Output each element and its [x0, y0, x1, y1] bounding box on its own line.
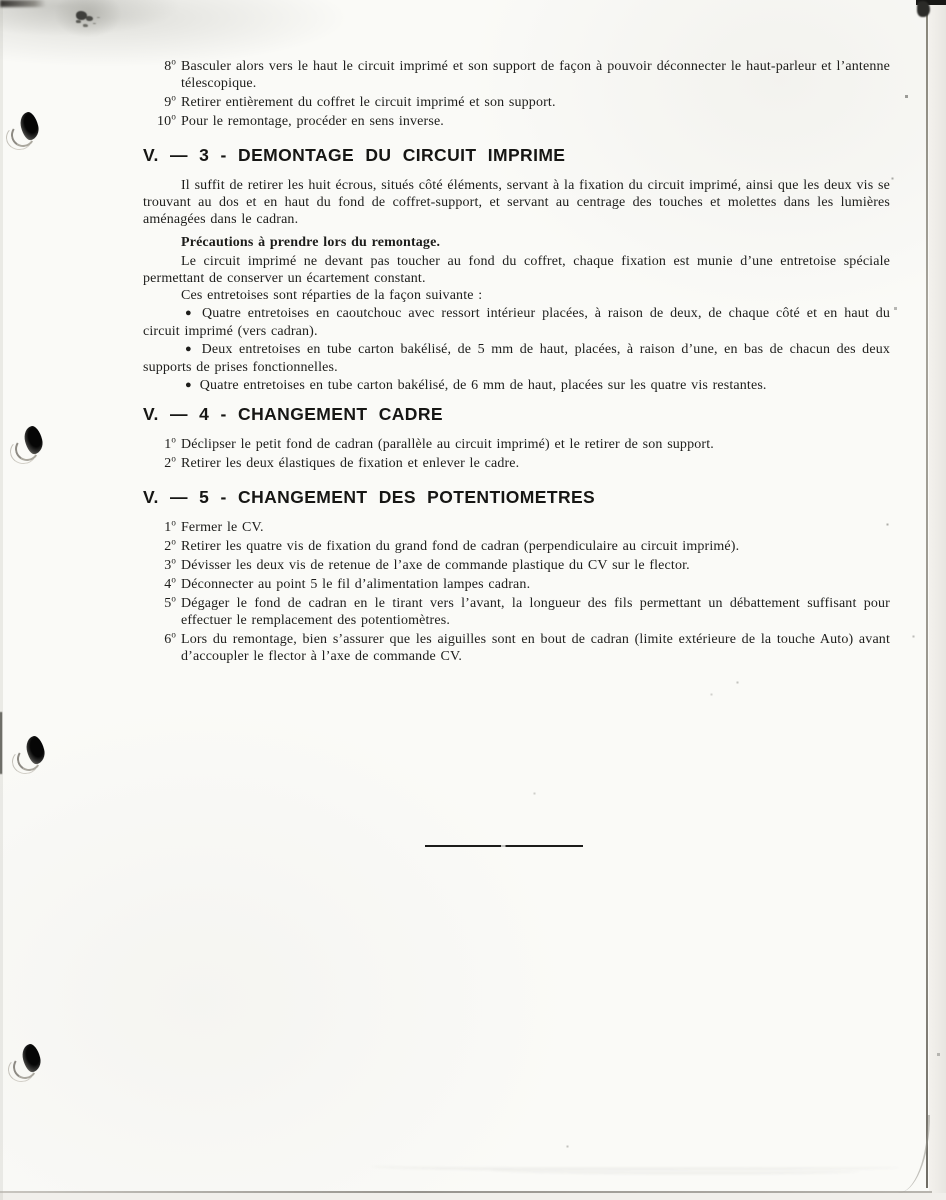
item-text: Retirer entièrement du coffret le circui…: [181, 95, 556, 110]
page-content: 8o Basculer alors vers le haut le circui…: [143, 58, 890, 667]
list-item: 2o Retirer les quatre vis de fixation du…: [143, 538, 890, 555]
binder-hole: [12, 424, 52, 470]
scanned-manual-page: 8o Basculer alors vers le haut le circui…: [0, 0, 946, 1200]
item-text: Retirer les deux élastiques de fixation …: [181, 456, 519, 471]
item-number: 2o: [143, 455, 176, 472]
list-item: 10o Pour le remontage, procéder en sens …: [143, 113, 890, 130]
separator-rule: [425, 845, 583, 847]
item-number: 9o: [143, 94, 176, 111]
section-heading-v4: V. — 4 - CHANGEMENT CADRE: [143, 404, 890, 424]
ghost-writing-bleedthrough: [370, 1152, 900, 1176]
sub-heading-precautions: Précautions à prendre lors du remontage.: [143, 234, 890, 251]
bullet-item: ●Quatre entretoises en caoutchouc avec r…: [143, 305, 890, 340]
item-number: 5o: [143, 595, 176, 612]
list-item: 3o Dévisser les deux vis de retenue de l…: [143, 557, 890, 574]
list-item: 1o Déclipser le petit fond de cadran (pa…: [143, 436, 890, 453]
item-number: 4o: [143, 576, 176, 593]
item-number: 2o: [143, 538, 176, 555]
page-edge-right: [926, 5, 928, 1188]
bullet-icon: ●: [185, 343, 202, 355]
bullet-text: Quatre entretoises en caoutchouc avec re…: [143, 306, 890, 339]
scan-blob-top-right: [917, 1, 930, 17]
item-text: Lors du remontage, bien s’assurer que le…: [181, 632, 890, 664]
item-text: Déclipser le petit fond de cadran (paral…: [181, 437, 714, 452]
item-text: Dévisser les deux vis de retenue de l’ax…: [181, 558, 690, 573]
list-item: 6o Lors du remontage, bien s’assurer que…: [143, 631, 890, 665]
item-number: 10o: [143, 113, 176, 130]
item-text: Fermer le CV.: [181, 520, 264, 535]
dust-specks: [0, 0, 1, 1]
page-bottom-strip: [0, 1193, 946, 1200]
bullet-icon: ●: [185, 307, 202, 319]
bullet-icon: ●: [185, 379, 200, 391]
paragraph: Il suffit de retirer les huit écrous, si…: [143, 177, 890, 228]
section5-list: 1o Fermer le CV. 2o Retirer les quatre v…: [143, 519, 890, 665]
page-outside-strip: [929, 0, 946, 1200]
bullet-item: ●Deux entretoises en tube carton bakélis…: [143, 341, 890, 376]
bullet-text: Quatre entretoises en tube carton bakéli…: [200, 378, 767, 393]
item-number: 1o: [143, 519, 176, 536]
list-item: 9o Retirer entièrement du coffret le cir…: [143, 94, 890, 111]
ink-blot: [76, 11, 87, 20]
paragraph: Le circuit imprimé ne devant pas toucher…: [143, 253, 890, 287]
list-item: 5o Dégager le fond de cadran en le tiran…: [143, 595, 890, 629]
section4-list: 1o Déclipser le petit fond de cadran (pa…: [143, 436, 890, 472]
paragraph: Ces entretoises sont réparties de la faç…: [143, 287, 890, 304]
section-heading-v3: V. — 3 - DEMONTAGE DU CIRCUIT IMPRIME: [143, 145, 890, 165]
section-heading-v5: V. — 5 - CHANGEMENT DES POTENTIOMETRES: [143, 487, 890, 507]
item-text: Pour le remontage, procéder en sens inve…: [181, 114, 444, 129]
item-text: Retirer les quatre vis de fixation du gr…: [181, 539, 739, 554]
handwriting-mark: [62, 2, 114, 34]
item-text: Basculer alors vers le haut le circuit i…: [181, 59, 890, 91]
item-number: 8o: [143, 58, 176, 75]
item-text: Déconnecter au point 5 le fil d’alimenta…: [181, 577, 530, 592]
binder-hole: [10, 1042, 50, 1088]
intro-numbered-list: 8o Basculer alors vers le haut le circui…: [143, 58, 890, 130]
bullet-item: ●Quatre entretoises en tube carton bakél…: [143, 377, 890, 395]
item-text: Dégager le fond de cadran en le tirant v…: [181, 596, 890, 628]
item-number: 6o: [143, 631, 176, 648]
bullet-text: Deux entretoises en tube carton bakélisé…: [143, 342, 890, 375]
binder-hole: [8, 110, 48, 156]
list-item: 4o Déconnecter au point 5 le fil d’alime…: [143, 576, 890, 593]
scan-smudge-top-left: [0, 0, 46, 7]
item-number: 1o: [143, 436, 176, 453]
item-number: 3o: [143, 557, 176, 574]
left-edge-mark: [0, 712, 2, 774]
smudge-halo: [54, 0, 122, 38]
list-item: 8o Basculer alors vers le haut le circui…: [143, 58, 890, 92]
binder-hole: [14, 734, 54, 780]
list-item: 2o Retirer les deux élastiques de fixati…: [143, 455, 890, 472]
list-item: 1o Fermer le CV.: [143, 519, 890, 536]
page-edge-left: [0, 0, 3, 1200]
